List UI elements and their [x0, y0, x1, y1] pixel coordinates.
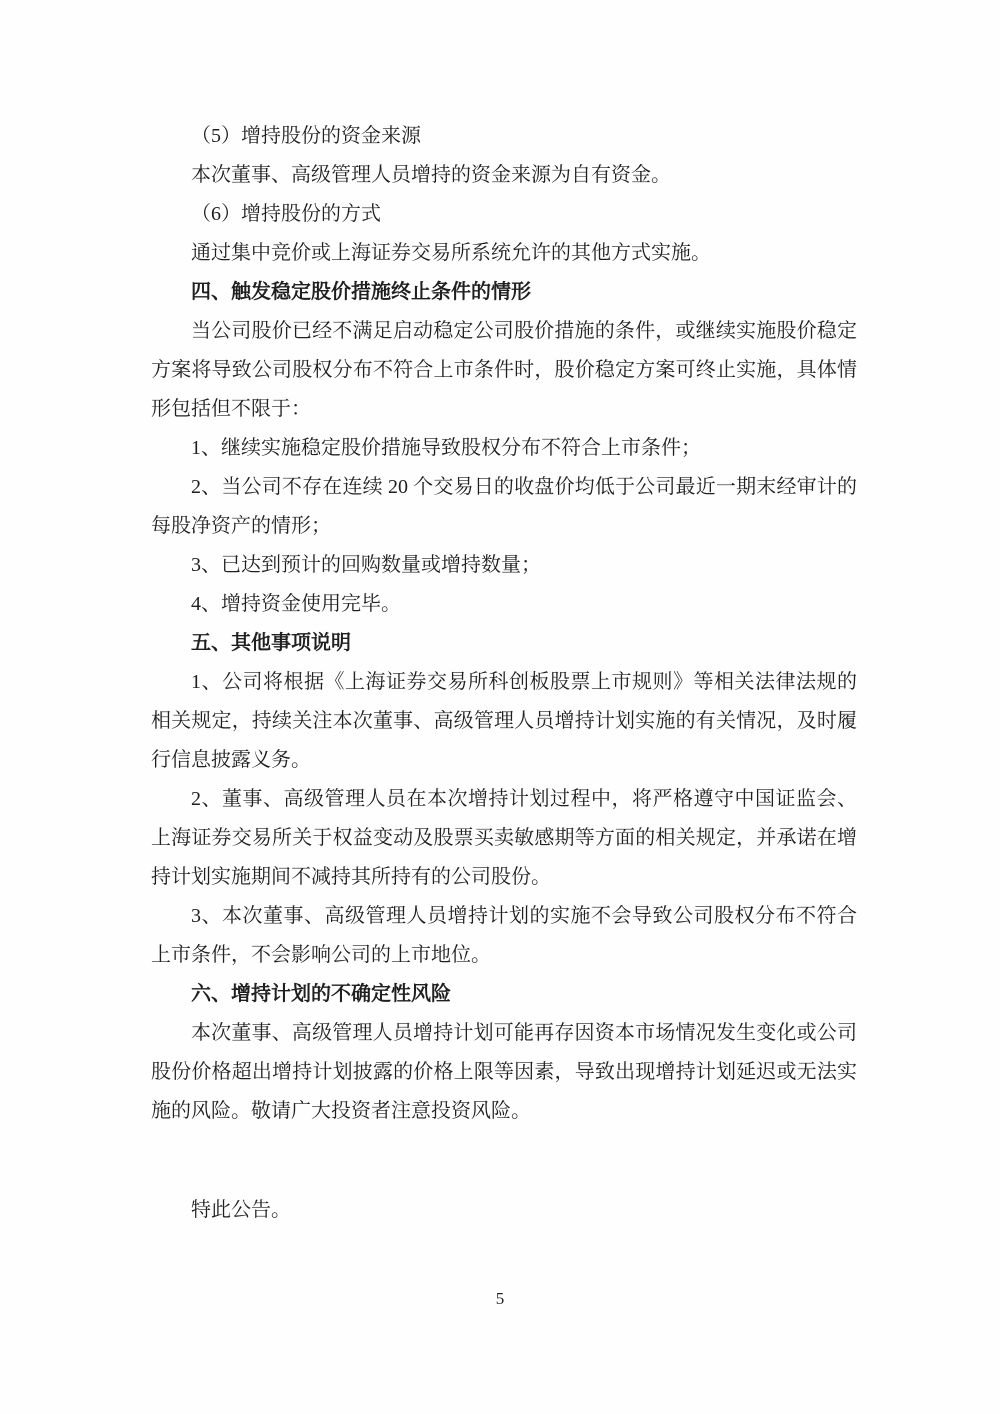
paragraph-other-matters-2: 2、董事、高级管理人员在本次增持计划过程中，将严格遵守中国证监会、上海证券交易所…: [151, 780, 857, 897]
closing-statement: 特此公告。: [151, 1191, 857, 1230]
paragraph-other-matters-3: 3、本次董事、高级管理人员增持计划的实施不会导致公司股权分布不符合上市条件，不会…: [151, 897, 857, 975]
list-item-4: 4、增持资金使用完毕。: [151, 585, 857, 624]
section-4-heading: 四、触发稳定股价措施终止条件的情形: [151, 273, 857, 312]
section-5-heading: 五、其他事项说明: [151, 624, 857, 663]
document-page: （5）增持股份的资金来源 本次董事、高级管理人员增持的资金来源为自有资金。 （6…: [151, 117, 857, 1230]
section-6-heading: 六、增持计划的不确定性风险: [151, 975, 857, 1014]
list-item-2: 2、当公司不存在连续 20 个交易日的收盘价均低于公司最近一期末经审计的每股净资…: [151, 468, 857, 546]
paragraph-funding-source: 本次董事、高级管理人员增持的资金来源为自有资金。: [151, 156, 857, 195]
page-number: 5: [0, 1288, 1000, 1310]
list-item-1: 1、继续实施稳定股价措施导致股权分布不符合上市条件；: [151, 429, 857, 468]
paragraph-uncertainty-risk: 本次董事、高级管理人员增持计划可能再存因资本市场情况发生变化或公司股份价格超出增…: [151, 1014, 857, 1131]
paragraph-termination-conditions: 当公司股价已经不满足启动稳定公司股价措施的条件，或继续实施股价稳定方案将导致公司…: [151, 312, 857, 429]
subitem-5-heading: （5）增持股份的资金来源: [151, 117, 857, 156]
paragraph-increase-method: 通过集中竞价或上海证券交易所系统允许的其他方式实施。: [151, 234, 857, 273]
subitem-6-heading: （6）增持股份的方式: [151, 195, 857, 234]
list-item-3: 3、已达到预计的回购数量或增持数量；: [151, 546, 857, 585]
paragraph-other-matters-1: 1、公司将根据《上海证券交易所科创板股票上市规则》等相关法律法规的相关规定，持续…: [151, 663, 857, 780]
